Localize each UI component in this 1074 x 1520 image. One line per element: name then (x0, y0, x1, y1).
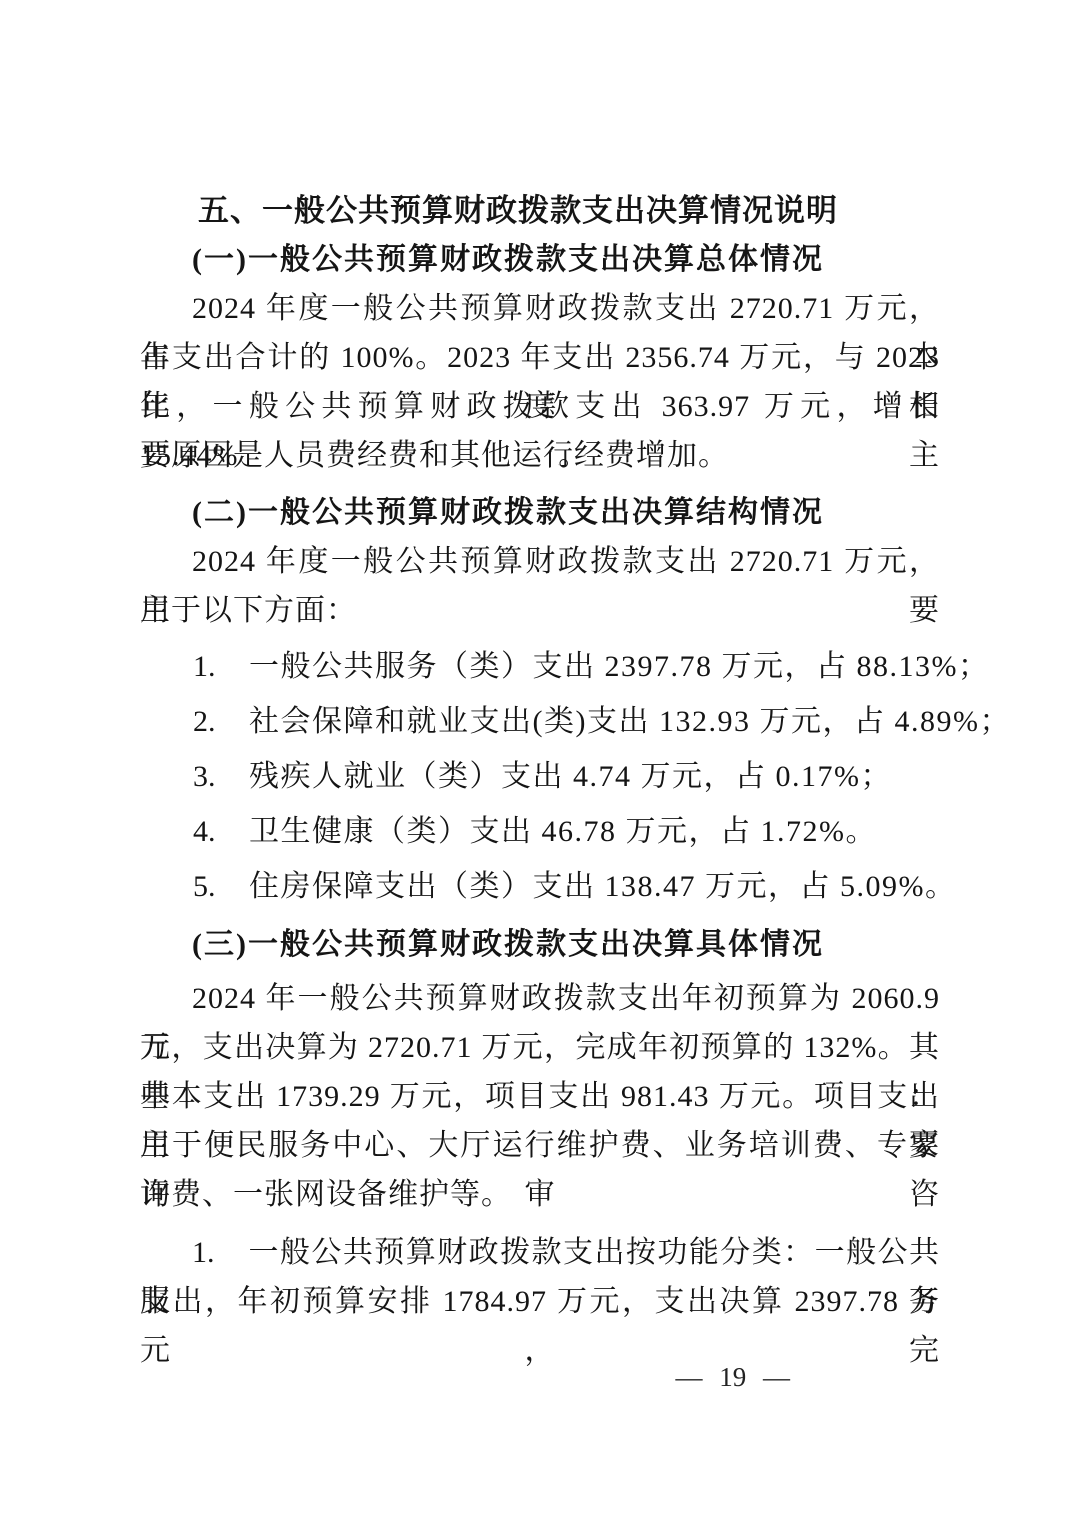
subsection-2-heading: (二)一般公共预算财政拨款支出决算结构情况 (140, 488, 940, 537)
paragraph-line: 2024 年一般公共预算财政拨款支出年初预算为 2060.9 万 (140, 974, 940, 1023)
list-item-text: 社会保障和就业支出(类)支出 132.93 万元，占 4.89%； (249, 705, 1011, 738)
list-item: 2.社会保障和就业支出(类)支出 132.93 万元，占 4.89%； (140, 694, 940, 749)
paragraph-line: 年支出合计的 100%。2023 年支出 2356.74 万元，与 2023 年… (140, 333, 940, 382)
list-item: 1.一般公共服务（类）支出 2397.78 万元，占 88.13%； (140, 639, 940, 694)
numbered-paragraph-line: 1.一般公共预算财政拨款支出按功能分类：一般公共服务 (140, 1228, 940, 1277)
list-item-number: 4. (193, 804, 249, 859)
list-item-text: 残疾人就业（类）支出 4.74 万元，占 0.17%； (249, 760, 892, 793)
list-item-number: 3. (193, 749, 249, 804)
list-item-text: 卫生健康（类）支出 46.78 万元，占 1.72%。 (249, 815, 877, 848)
list-item-text: 住房保障支出（类）支出 138.47 万元，占 5.09%。 (249, 870, 957, 903)
paragraph-line: 2024 年度一般公共预算财政拨款支出 2720.71 万元，主要 (140, 537, 940, 586)
paragraph-line: 比，一般公共预算财政拨款支出 363.97 万元，增长 15.44%。主 (140, 382, 940, 431)
list-item-number: 1. (192, 1228, 248, 1277)
paragraph-line: 用于便民服务中心、大厅运行维护费、业务培训费、专家评审咨 (140, 1121, 940, 1170)
list-item: 5.住房保障支出（类）支出 138.47 万元，占 5.09%。 (140, 859, 940, 914)
list-item-number: 1. (193, 639, 249, 694)
paragraph-line: 基本支出 1739.29 万元，项目支出 981.43 万元。项目支出主要 (140, 1072, 940, 1121)
list-item: 4.卫生健康（类）支出 46.78 万元，占 1.72%。 (140, 804, 940, 859)
document-page: 五、一般公共预算财政拨款支出决算情况说明 (一)一般公共预算财政拨款支出决算总体… (0, 0, 1074, 1520)
list-item: 3.残疾人就业（类）支出 4.74 万元，占 0.17%； (140, 749, 940, 804)
list-item-number: 2. (193, 694, 249, 749)
paragraph-line: 元，支出决算为 2720.71 万元，完成年初预算的 132%。其中： (140, 1023, 940, 1072)
section-title: 五、一般公共预算财政拨款支出决算情况说明 (140, 186, 940, 235)
list-item-number: 5. (193, 859, 249, 914)
paragraph-line: 2024 年度一般公共预算财政拨款支出 2720.71 万元，占本 (140, 284, 940, 333)
paragraph-line: 支出，年初预算安排 1784.97 万元，支出决算 2397.78 万元，完 (140, 1277, 940, 1326)
subsection-3-heading: (三)一般公共预算财政拨款支出决算具体情况 (140, 920, 940, 969)
subsection-1-heading: (一)一般公共预算财政拨款支出决算总体情况 (140, 235, 940, 284)
list-item-text: 一般公共服务（类）支出 2397.78 万元，占 88.13%； (249, 650, 990, 683)
